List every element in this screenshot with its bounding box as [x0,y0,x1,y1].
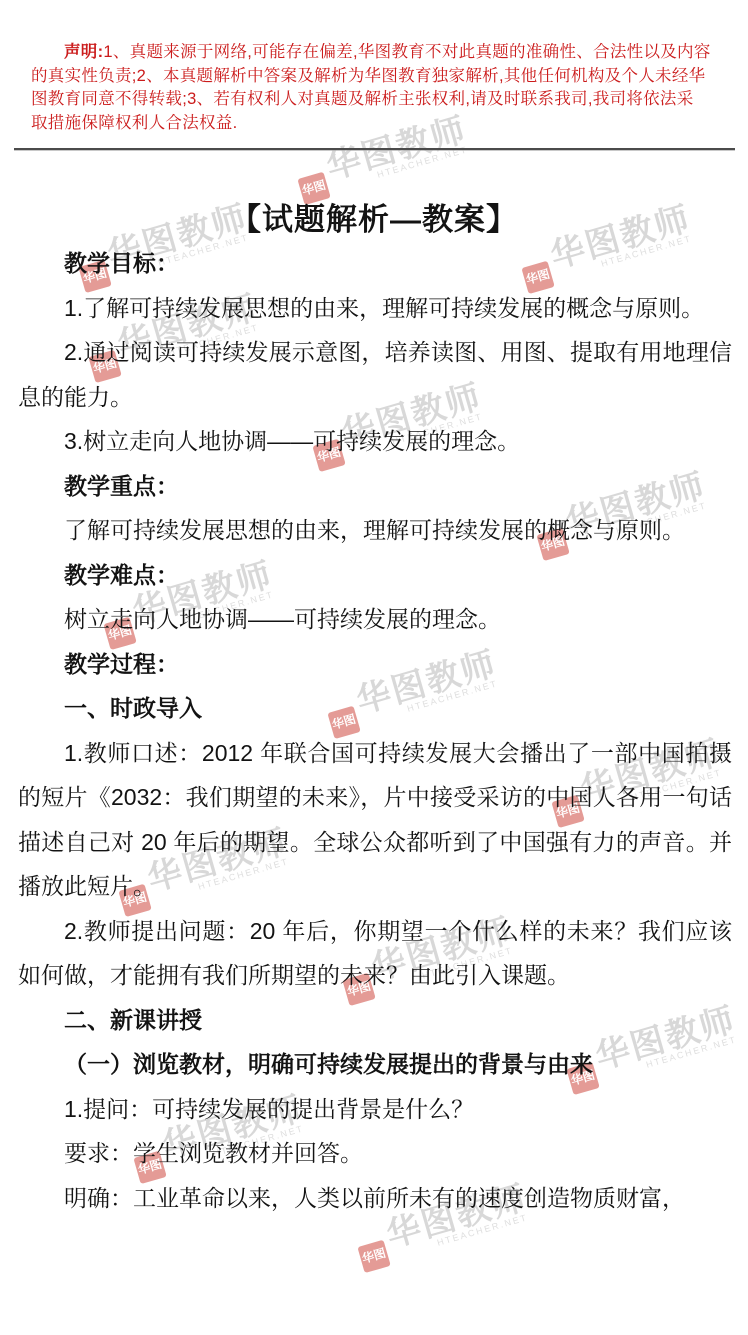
disclaimer-line: 声明:1、真题来源于网络,可能存在偏差,华图教育不对此真题的准确性、合法性以及内… [31,41,720,65]
paragraph: 二、新课讲授 [18,998,732,1043]
paragraph: 明确：工业革命以来，人类以前所未有的速度创造物质财富， [18,1176,732,1221]
disclaimer-line: 取措施保障权利人合法权益. [31,112,720,136]
paragraph: 2.通过阅读可持续发展示意图，培养读图、用图、提取有用地理信息的能力。 [18,330,732,419]
paragraph: 树立走向人地协调——可持续发展的理念。 [18,597,732,642]
disclaimer-text: 声明:1、真题来源于网络,可能存在偏差,华图教育不对此真题的准确性、合法性以及内… [31,41,720,135]
paragraph: 教学过程： [18,642,732,687]
paragraph: 3.树立走向人地协调——可持续发展的理念。 [18,419,732,464]
paragraph: 了解可持续发展思想的由来，理解可持续发展的概念与原则。 [18,508,732,553]
disclaimer-line: 图教育同意不得转载;3、若有权利人对真题及解析主张权利,请及时联系我司,我司将依… [31,88,720,112]
paragraph: 一、时政导入 [18,686,732,731]
paragraph: 1.提问：可持续发展的提出背景是什么？ [18,1087,732,1132]
paragraph: 2.教师提出问题：20 年后，你期望一个什么样的未来？我们应该如何做，才能拥有我… [18,909,732,998]
paragraph: 要求：学生浏览教材并回答。 [18,1131,732,1176]
page-title: 【试题解析—教案】 [0,194,748,239]
disclaimer-lead: 声明: [64,43,103,61]
disclaimer-line: 的真实性负责;2、本真题解析中答案及解析为华图教育独家解析,其他任何机构及个人未… [31,65,720,89]
divider-line [14,148,735,150]
huatu-logo-icon: 华图 [357,1240,390,1273]
paragraph: 教学目标： [18,241,732,286]
paragraph: （一）浏览教材，明确可持续发展提出的背景与由来 [18,1042,732,1087]
paragraph: 1.了解可持续发展思想的由来，理解可持续发展的概念与原则。 [18,286,732,331]
paragraph: 1.教师口述：2012 年联合国可持续发展大会播出了一部中国拍摄的短片《2032… [18,731,732,909]
paragraph: 教学难点： [18,553,732,598]
document-body: 教学目标：1.了解可持续发展思想的由来，理解可持续发展的概念与原则。2.通过阅读… [18,241,732,1220]
paragraph: 教学重点： [18,464,732,509]
disclaimer-line-text: 1、真题来源于网络,可能存在偏差,华图教育不对此真题的准确性、合法性以及内容 [103,43,710,61]
document-page: 华图 华图教师 HTEACHER.NET 华图 华图教师 HTEACHER.NE… [0,0,748,1335]
